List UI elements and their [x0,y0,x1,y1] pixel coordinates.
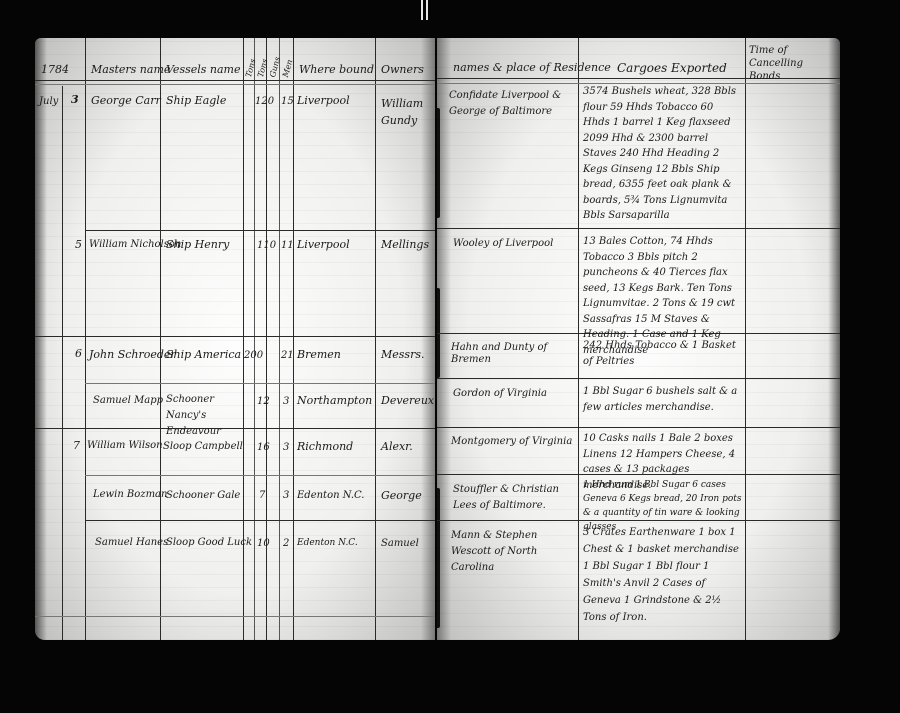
row-men: 3 [283,490,289,502]
column-rule-cancelling [745,38,746,640]
header-owners: Owners [381,64,424,77]
row-residence: Stouffler & Christian Lees of Baltimore. [453,482,577,514]
page-edge-shadow [35,38,47,640]
row-owners: Mellings [381,239,429,252]
row-residence: Wooley of Liverpool [453,238,577,250]
row-rule [437,228,840,229]
row-tons: 10 [257,538,270,550]
row-master: John Schroeder [89,349,176,362]
row-men: 2 [283,538,289,550]
row-master: Samuel Mapp [93,395,163,407]
row-owners: Devereux [381,395,434,408]
row-rule [35,616,435,617]
header-rule [35,80,435,81]
page-edge-shadow [828,38,840,640]
row-day: 7 [73,440,80,453]
row-master: George Carr [91,95,161,108]
row-rule [437,378,840,379]
row-owners: Alexr. [381,441,413,454]
row-where-bound: Liverpool [297,95,350,108]
header-year: 1784 [41,64,69,77]
row-vessel: Schooner Gale [166,490,240,502]
row-tons: 110 [257,240,276,252]
column-rule-small-2 [254,38,255,640]
column-rule-small-4 [279,38,280,640]
row-day: 5 [75,239,82,252]
row-tons: 12 [257,396,270,408]
header-vessels-name: Vessels name [166,64,241,77]
row-owners: George [381,490,422,503]
row-master: Lewin Bozman [93,489,167,501]
row-rule [85,520,435,521]
column-rule-small-1 [243,38,244,640]
row-men: 11 [281,240,294,252]
row-men: 15 [281,96,294,108]
header-masters-name: Masters name [91,64,170,77]
row-rule [85,475,435,476]
column-rule-where-bound [293,38,294,640]
row-tons: 120 [255,96,274,108]
row-rule [85,230,435,231]
row-rule [437,427,840,428]
row-where-bound: Bremen [297,349,341,362]
row-vessel: Schooner Nancy's Endeavour [166,392,241,440]
ledger-right-page: names & place of Residence Cargoes Expor… [437,38,840,640]
row-where-bound: Richmond [297,441,353,454]
row-cargo: 3574 Bushels wheat, 328 Bbls flour 59 Hh… [583,84,743,224]
row-vessel: Sloop Campbell [163,441,243,453]
row-residence: Hahn and Dunty of Bremen [451,342,577,365]
row-master: William Wilson [87,440,163,452]
header-where-bound: Where bound [299,64,374,77]
row-vessel: Ship Eagle [166,95,226,108]
binding-clip-mark [421,0,429,24]
header-time-cancelling-bonds: Time of Cancelling Bonds [749,44,837,83]
header-names-place-residence: names & place of Residence [453,62,611,75]
header-cargoes-exported: Cargoes Exported [617,62,727,76]
row-day: 3 [71,94,79,107]
column-rule-owners [375,38,376,640]
column-rule-small-3 [266,38,267,640]
row-cargo: 3 Crates Earthenware 1 box 1 Chest & 1 b… [583,524,743,626]
row-residence: Gordon of Virginia [453,388,577,400]
row-where-bound: Edenton N.C. [297,490,364,502]
row-tons: 7 [259,490,265,502]
column-rule-vessel [160,38,161,640]
header-rule-double [35,84,435,85]
row-vessel: Ship Henry [166,239,229,252]
binding-stitch [437,108,440,218]
row-rule [35,336,435,337]
row-residence: Montgomery of Virginia [451,436,577,448]
column-rule-date [62,86,63,640]
row-rule [85,383,435,384]
row-residence: Mann & Stephen Wescott of North Carolina [451,528,577,576]
row-men: 3 [283,442,289,454]
row-where-bound: Northampton [297,395,372,408]
row-master: Samuel Hanes [95,537,168,549]
row-owners: Samuel [381,538,419,550]
row-residence: Confidate Liverpool & George of Baltimor… [449,88,577,120]
row-where-bound: Edenton N.C. [297,538,358,548]
row-cargo: 242 Hhds Tobacco & 1 Basket of Peltries [583,338,743,369]
column-rule-cargo [578,38,579,640]
ledger-left-page: 1784 Masters name Vessels name Tons Tons… [35,38,435,640]
row-vessel: Sloop Good Luck [166,537,252,549]
row-day: 6 [75,348,82,361]
row-month: July [39,96,58,108]
row-owners: William Gundy [381,95,431,129]
column-rule-master [85,38,86,640]
row-tons: 16 [257,442,270,454]
row-guns: 200 [244,350,263,362]
row-vessel: Ship America [166,349,241,362]
row-where-bound: Liverpool [297,239,350,252]
row-men: 3 [283,396,289,408]
binding-stitch [437,488,440,628]
row-cargo: 1 Bbl Sugar 6 bushels salt & a few artic… [583,384,743,415]
row-owners: Messrs. [381,349,424,362]
row-men: 21 [281,350,294,362]
